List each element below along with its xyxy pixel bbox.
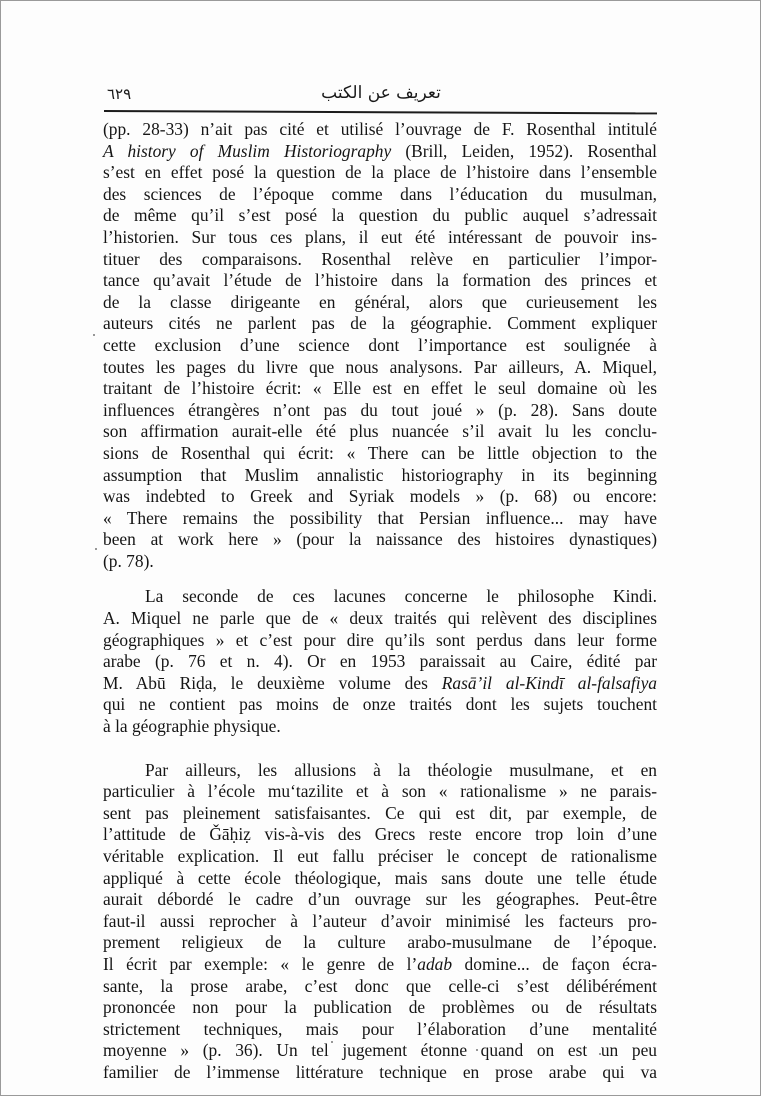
text-line: (p. 78). bbox=[103, 551, 657, 573]
text-line: A. Miquel ne parle que de « deux traités… bbox=[103, 608, 657, 630]
text-line: aurait débordé le cadre d’un ouvrage sur… bbox=[103, 889, 657, 911]
text-run: domine... de façon écra- bbox=[452, 954, 657, 974]
text-line: La seconde de ces lacunes concerne le ph… bbox=[103, 586, 657, 608]
text-run: l’attitude de Ǧāḥiẓ vis-à-vis des Grecs … bbox=[103, 824, 657, 844]
text-run: véritable explication. Il eut fallu préc… bbox=[103, 846, 657, 866]
text-run: appliqué à cette école théologique, mais… bbox=[103, 868, 657, 888]
text-run: Par ailleurs, les allusions à la théolog… bbox=[145, 760, 657, 780]
text-line: been at work here » (pour la naissance d… bbox=[103, 529, 657, 551]
text-line: familier de l’immense littérature techni… bbox=[103, 1062, 657, 1084]
text-run: A. Miquel ne parle que de « deux traités… bbox=[103, 608, 657, 628]
text-run: particulier à l’école mu‘tazilite et à s… bbox=[103, 781, 657, 801]
text-line: assumption that Muslim annalistic histor… bbox=[103, 465, 657, 487]
text-line: véritable explication. Il eut fallu préc… bbox=[103, 846, 657, 868]
text-run: à la géographie physique. bbox=[103, 716, 281, 736]
text-run: géographiques » et c’est pour dire qu’il… bbox=[103, 630, 657, 650]
paragraph: La seconde de ces lacunes concerne le ph… bbox=[103, 586, 657, 737]
text-line: tituer des comparaisons. Rosenthal relèv… bbox=[103, 249, 657, 271]
text-line: moyenne » (p. 36). Un tel jugement étonn… bbox=[103, 1040, 657, 1062]
scanned-page: ٦٢٩ تعريف عن الكتب (pp. 28-33) n’ait pas… bbox=[0, 0, 761, 1096]
text-run: aurait débordé le cadre d’un ouvrage sur… bbox=[103, 889, 657, 909]
scan-speck bbox=[599, 1053, 601, 1055]
text-line: was indebted to Greek and Syriak models … bbox=[103, 486, 657, 508]
running-header: ٦٢٩ تعريف عن الكتب bbox=[105, 83, 657, 109]
text-line: appliqué à cette école théologique, mais… bbox=[103, 868, 657, 890]
text-run: sent pas pleinement satisfaisantes. Ce q… bbox=[103, 803, 657, 823]
text-run: traitant de l’histoire écrit: « Elle est… bbox=[103, 378, 657, 398]
text-run: familier de l’immense littérature techni… bbox=[103, 1062, 657, 1082]
italic-title: adab bbox=[417, 954, 452, 974]
header-rule bbox=[104, 110, 657, 114]
text-run: faut-il aussi reprocher à l’auteur d’avo… bbox=[103, 911, 657, 931]
text-line: de la classe dirigeante en général, alor… bbox=[103, 292, 657, 314]
text-run: influences étrangères n’ont pas du tout … bbox=[103, 400, 657, 420]
text-line: prononcée non pour la publication de pro… bbox=[103, 997, 657, 1019]
text-run: M. Abū Riḍa, le deuxième volume des bbox=[103, 673, 442, 693]
text-line: (pp. 28-33) n’ait pas cité et utilisé l’… bbox=[103, 119, 657, 141]
text-line: géographiques » et c’est pour dire qu’il… bbox=[103, 630, 657, 652]
text-run: tance qu’avait l’étude de l’histoire dan… bbox=[103, 270, 657, 290]
text-run: l’historien. Sur tous ces plans, il eut … bbox=[103, 227, 657, 247]
text-run: qui ne contient pas moins de onze traité… bbox=[103, 694, 657, 714]
text-run: strictement techniques, mais pour l’élab… bbox=[103, 1019, 657, 1039]
text-run: des sciences de l’époque comme dans l’éd… bbox=[103, 184, 657, 204]
text-line: arabe (p. 76 et n. 4). Or en 1953 parais… bbox=[103, 651, 657, 673]
text-line: tance qu’avait l’étude de l’histoire dan… bbox=[103, 270, 657, 292]
text-run: prononcée non pour la publication de pro… bbox=[103, 997, 657, 1017]
text-line: Il écrit par exemple: « le genre de l’ad… bbox=[103, 954, 657, 976]
text-line: son affirmation aurait-elle été plus nua… bbox=[103, 421, 657, 443]
text-line: sions de Rosenthal qui écrit: « There ca… bbox=[103, 443, 657, 465]
text-line: l’historien. Sur tous ces plans, il eut … bbox=[103, 227, 657, 249]
italic-title: A history of Muslim Historiography bbox=[103, 141, 391, 161]
scan-speck bbox=[93, 334, 95, 336]
text-line: M. Abū Riḍa, le deuxième volume des Rasā… bbox=[103, 673, 657, 695]
paragraph-gap bbox=[103, 572, 657, 586]
text-run: « There remains the possibility that Per… bbox=[103, 508, 657, 528]
text-line: qui ne contient pas moins de onze traité… bbox=[103, 694, 657, 716]
text-run: prement religieux de la culture arabo-mu… bbox=[103, 932, 657, 952]
text-line: influences étrangères n’ont pas du tout … bbox=[103, 400, 657, 422]
text-run: cette exclusion d’une science dont l’imp… bbox=[103, 335, 657, 355]
text-run: La seconde de ces lacunes concerne le ph… bbox=[145, 586, 657, 606]
text-run: de même qu’il s’est posé la question du … bbox=[103, 205, 657, 225]
scan-speck bbox=[95, 548, 97, 550]
text-line: « There remains the possibility that Per… bbox=[103, 508, 657, 530]
text-line: des sciences de l’époque comme dans l’éd… bbox=[103, 184, 657, 206]
text-run: s’est en effet posé la question de la pl… bbox=[103, 162, 657, 182]
text-line: traitant de l’histoire écrit: « Elle est… bbox=[103, 378, 657, 400]
text-run: assumption that Muslim annalistic histor… bbox=[103, 465, 657, 485]
text-line: strictement techniques, mais pour l’élab… bbox=[103, 1019, 657, 1041]
text-line: prement religieux de la culture arabo-mu… bbox=[103, 932, 657, 954]
scan-speck bbox=[331, 1041, 333, 1043]
text-run: toutes les pages du livre que nous analy… bbox=[103, 357, 657, 377]
text-line: sante, la prose arabe, c’est donc que ce… bbox=[103, 976, 657, 998]
body-text: (pp. 28-33) n’ait pas cité et utilisé l’… bbox=[103, 119, 657, 1084]
text-run: was indebted to Greek and Syriak models … bbox=[103, 486, 657, 506]
text-run: son affirmation aurait-elle été plus nua… bbox=[103, 421, 657, 441]
text-run: arabe (p. 76 et n. 4). Or en 1953 parais… bbox=[103, 651, 657, 671]
text-line: Par ailleurs, les allusions à la théolog… bbox=[103, 760, 657, 782]
text-line: toutes les pages du livre que nous analy… bbox=[103, 357, 657, 379]
text-line: faut-il aussi reprocher à l’auteur d’avo… bbox=[103, 911, 657, 933]
text-run: been at work here » (pour la naissance d… bbox=[103, 529, 657, 549]
text-line: cette exclusion d’une science dont l’imp… bbox=[103, 335, 657, 357]
running-title: تعريف عن الكتب bbox=[105, 83, 657, 103]
paragraph-gap bbox=[103, 738, 657, 760]
italic-title: Rasā’il al-Kindī al-falsafiya bbox=[442, 673, 657, 693]
text-line: de même qu’il s’est posé la question du … bbox=[103, 205, 657, 227]
text-run: (p. 78). bbox=[103, 551, 154, 571]
paragraph: (pp. 28-33) n’ait pas cité et utilisé l’… bbox=[103, 119, 657, 572]
text-run: sante, la prose arabe, c’est donc que ce… bbox=[103, 976, 657, 996]
text-run: tituer des comparaisons. Rosenthal relèv… bbox=[103, 249, 657, 269]
text-line: auteurs cités ne parlent pas de la géogr… bbox=[103, 313, 657, 335]
scan-speck bbox=[476, 1049, 478, 1051]
text-run: sions de Rosenthal qui écrit: « There ca… bbox=[103, 443, 657, 463]
text-line: sent pas pleinement satisfaisantes. Ce q… bbox=[103, 803, 657, 825]
text-run: (pp. 28-33) n’ait pas cité et utilisé l’… bbox=[103, 119, 657, 139]
text-run: de la classe dirigeante en général, alor… bbox=[103, 292, 657, 312]
text-line: A history of Muslim Historiography (Bril… bbox=[103, 141, 657, 163]
paragraph: Par ailleurs, les allusions à la théolog… bbox=[103, 760, 657, 1084]
text-line: l’attitude de Ǧāḥiẓ vis-à-vis des Grecs … bbox=[103, 824, 657, 846]
text-line: particulier à l’école mu‘tazilite et à s… bbox=[103, 781, 657, 803]
text-run: moyenne » (p. 36). Un tel jugement étonn… bbox=[103, 1040, 657, 1060]
text-run: (Brill, Leiden, 1952). Rosenthal bbox=[391, 141, 657, 161]
text-run: auteurs cités ne parlent pas de la géogr… bbox=[103, 313, 657, 333]
text-line: à la géographie physique. bbox=[103, 716, 657, 738]
text-run: Il écrit par exemple: « le genre de l’ bbox=[103, 954, 417, 974]
text-line: s’est en effet posé la question de la pl… bbox=[103, 162, 657, 184]
